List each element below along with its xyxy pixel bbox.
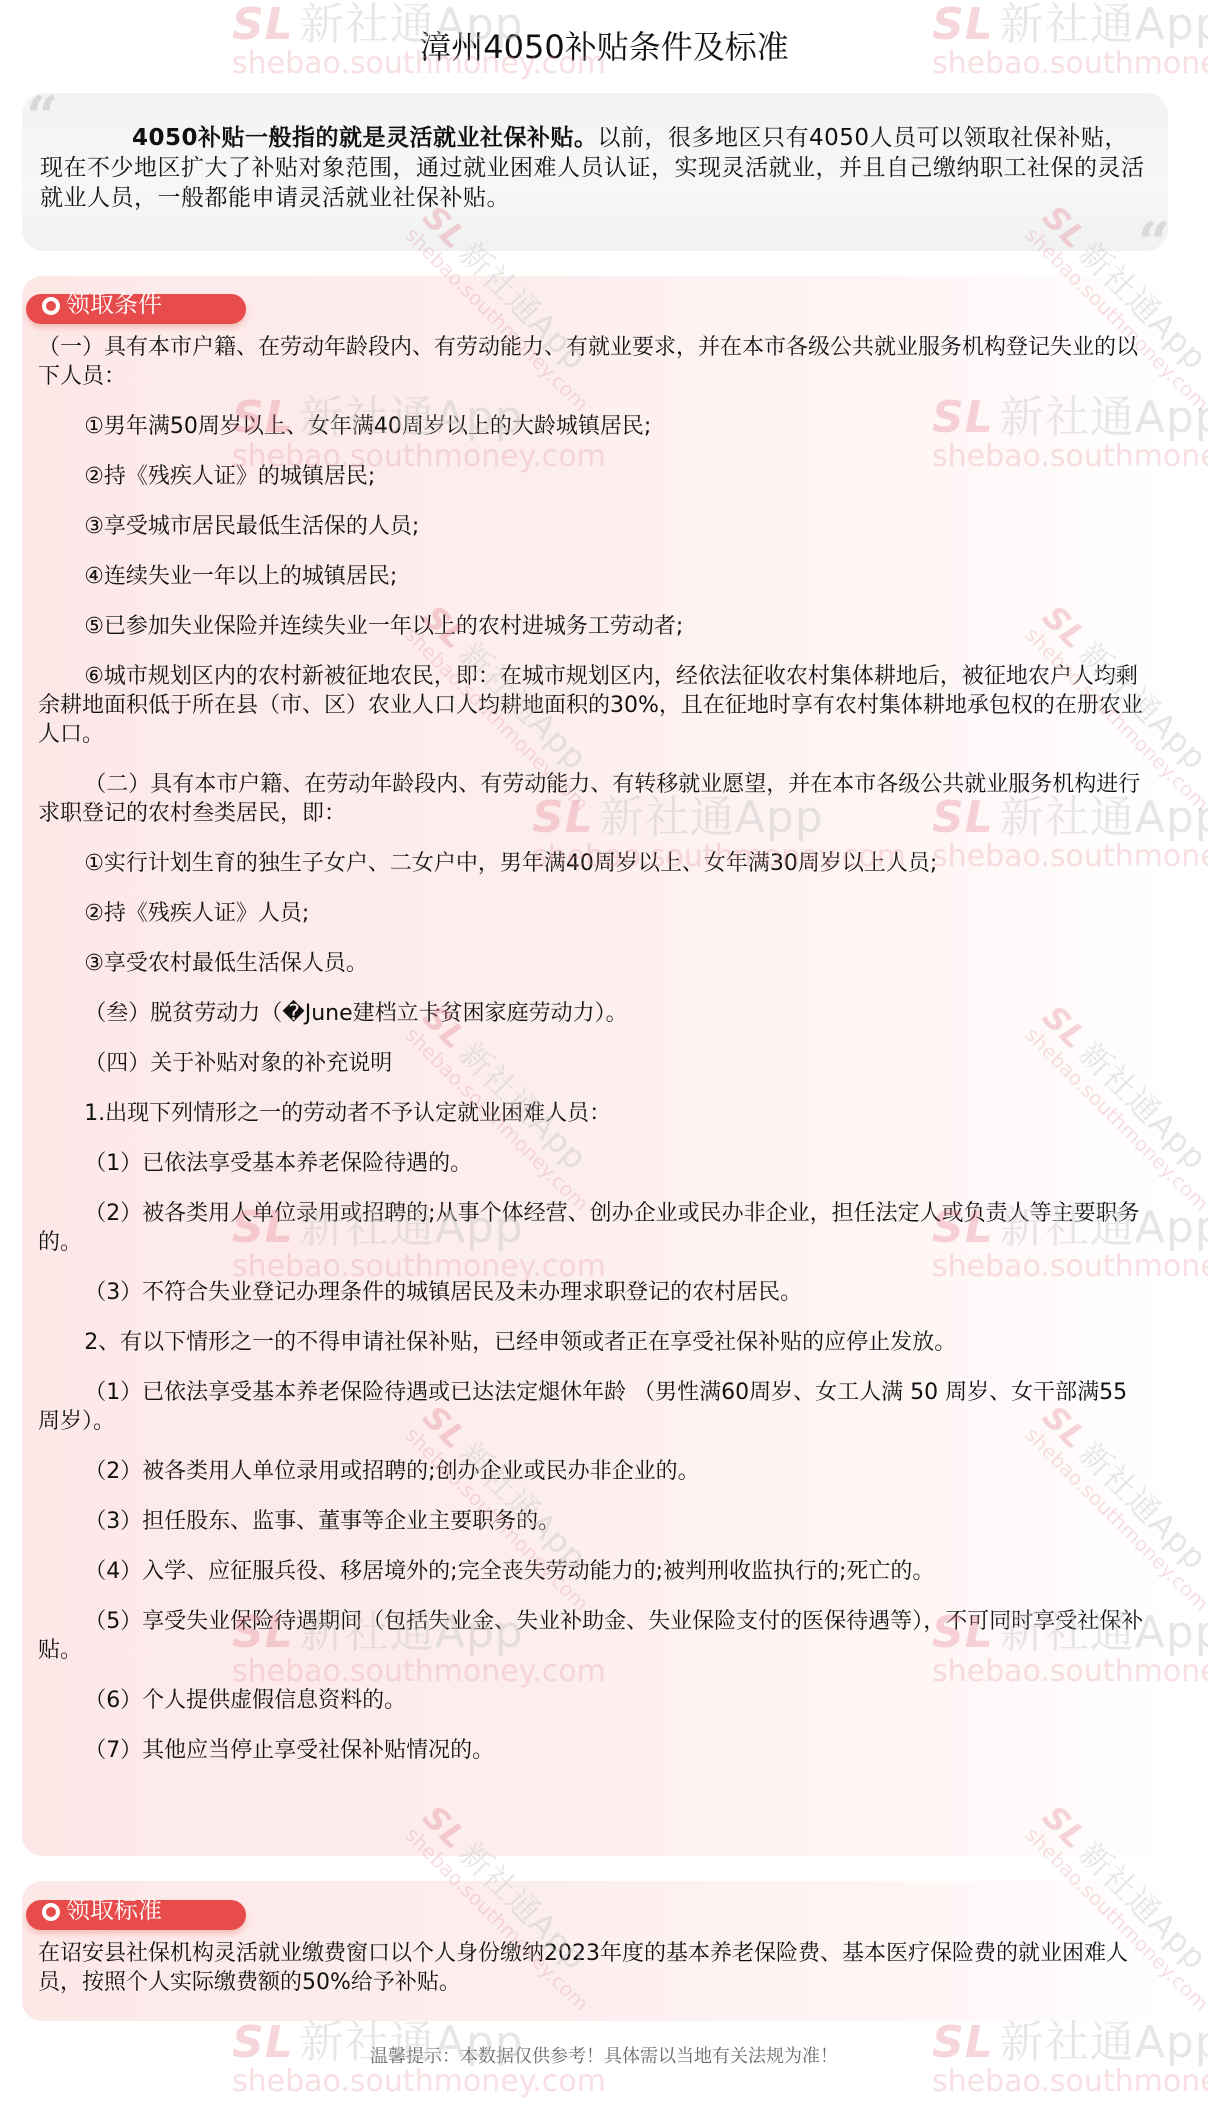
section-content: 在诏安县社保机构灵活就业缴费窗口以个人身份缴纳2023年度的基本养老保险费、基本… (38, 1939, 1148, 1997)
paragraph: 2、有以下情形之一的不得申请社保补贴，已经申领或者正在享受社保补贴的应停止发放。 (38, 1328, 1148, 1357)
paragraph: （1）已依法享受基本养老保险待遇或已达法定煺休年龄 （男性满60周岁、女工人满 … (38, 1378, 1148, 1436)
paragraph: （7）其他应当停止享受社保补贴情况的。 (38, 1736, 1148, 1765)
paragraph: 1.出现下列情形之一的劳动者不予认定就业困难人员： (38, 1099, 1148, 1128)
paragraph: ③享受农村最低生活保人员。 (38, 949, 1148, 978)
paragraph: （3）不符合失业登记办理条件的城镇居民及未办理求职登记的农村居民。 (38, 1278, 1148, 1307)
section-heading: 领取标准 (26, 1900, 246, 1930)
paragraph: ③享受城市居民最低生活保的人员; (38, 512, 1148, 541)
paragraph: ④连续失业一年以上的城镇居民; (38, 562, 1148, 591)
paragraph: ⑤已参加失业保险并连续失业一年以上的农村进城务工劳动者; (38, 612, 1148, 641)
section-heading-label: 领取标准 (66, 1898, 162, 1922)
paragraph: ①男年满50周岁以上、女年满40周岁以上的大龄城镇居民; (38, 412, 1148, 441)
paragraph: （6）个人提供虚假信息资料的。 (38, 1686, 1148, 1715)
paragraph: （二）具有本市户籍、在劳动年龄段内、有劳动能力、有转移就业愿望，并在本市各级公共… (38, 770, 1148, 828)
paragraph: （1）已依法享受基本养老保险待遇的。 (38, 1149, 1148, 1178)
close-quote-icon: “ (1138, 215, 1170, 271)
section-standards: 领取标准 在诏安县社保机构灵活就业缴费窗口以个人身份缴纳2023年度的基本养老保… (22, 1881, 1168, 2021)
paragraph: （一）具有本市户籍、在劳动年龄段内、有劳动能力、有就业要求，并在本市各级公共就业… (38, 333, 1148, 391)
section-heading: 领取条件 (26, 294, 246, 324)
paragraph: （5）享受失业保险待遇期间（包括失业金、失业补助金、失业保险支付的医保待遇等），… (38, 1607, 1148, 1665)
paragraph: ②持《残疾人证》的城镇居民; (38, 462, 1148, 491)
intro-quote-box: “ “ 4050补贴一般指的就是灵活就业社保补贴。以前，很多地区只有4050人员… (22, 93, 1168, 251)
paragraph: 在诏安县社保机构灵活就业缴费窗口以个人身份缴纳2023年度的基本养老保险费、基本… (38, 1939, 1148, 1997)
section-conditions: 领取条件 （一）具有本市户籍、在劳动年龄段内、有劳动能力、有就业要求，并在本市各… (22, 276, 1168, 1856)
paragraph: （2）被各类用人单位录用或招聘的;从事个体经营、创办企业或民办非企业，担任法定人… (38, 1199, 1148, 1257)
section-content: （一）具有本市户籍、在劳动年龄段内、有劳动能力、有就业要求，并在本市各级公共就业… (38, 333, 1148, 1765)
page-title: 漳州4050补贴条件及标准 (0, 22, 1208, 68)
paragraph: （四）关于补贴对象的补充说明 (38, 1049, 1148, 1078)
paragraph: （3）担任股东、监事、董事等企业主要职务的。 (38, 1507, 1148, 1536)
paragraph: ②持《残疾人证》人员; (38, 899, 1148, 928)
circle-icon (42, 1903, 60, 1921)
circle-icon (42, 297, 60, 315)
intro-text: 4050补贴一般指的就是灵活就业社保补贴。以前，很多地区只有4050人员可以领取… (40, 123, 1150, 213)
footer-notice: 温馨提示：本数据仅供参考！具体需以当地有关法规为准！ (0, 2042, 1208, 2068)
paragraph: ⑥城市规划区内的农村新被征地农民，即：在城市规划区内，经依法征收农村集体耕地后，… (38, 662, 1148, 749)
paragraph: ①实行计划生育的独生子女户、二女户中，男年满40周岁以上、女年满30周岁以上人员… (38, 849, 1148, 878)
intro-bold: 4050补贴一般指的就是灵活就业社保补贴。 (132, 125, 598, 151)
paragraph: （叁）脱贫劳动力（�June建档立卡贫困家庭劳动力）。 (38, 999, 1148, 1028)
paragraph: （4）入学、应征服兵役、移居境外的;完全丧失劳动能力的;被判刑收监执行的;死亡的… (38, 1557, 1148, 1586)
paragraph: （2）被各类用人单位录用或招聘的;创办企业或民办非企业的。 (38, 1457, 1148, 1486)
section-heading-label: 领取条件 (66, 292, 162, 316)
